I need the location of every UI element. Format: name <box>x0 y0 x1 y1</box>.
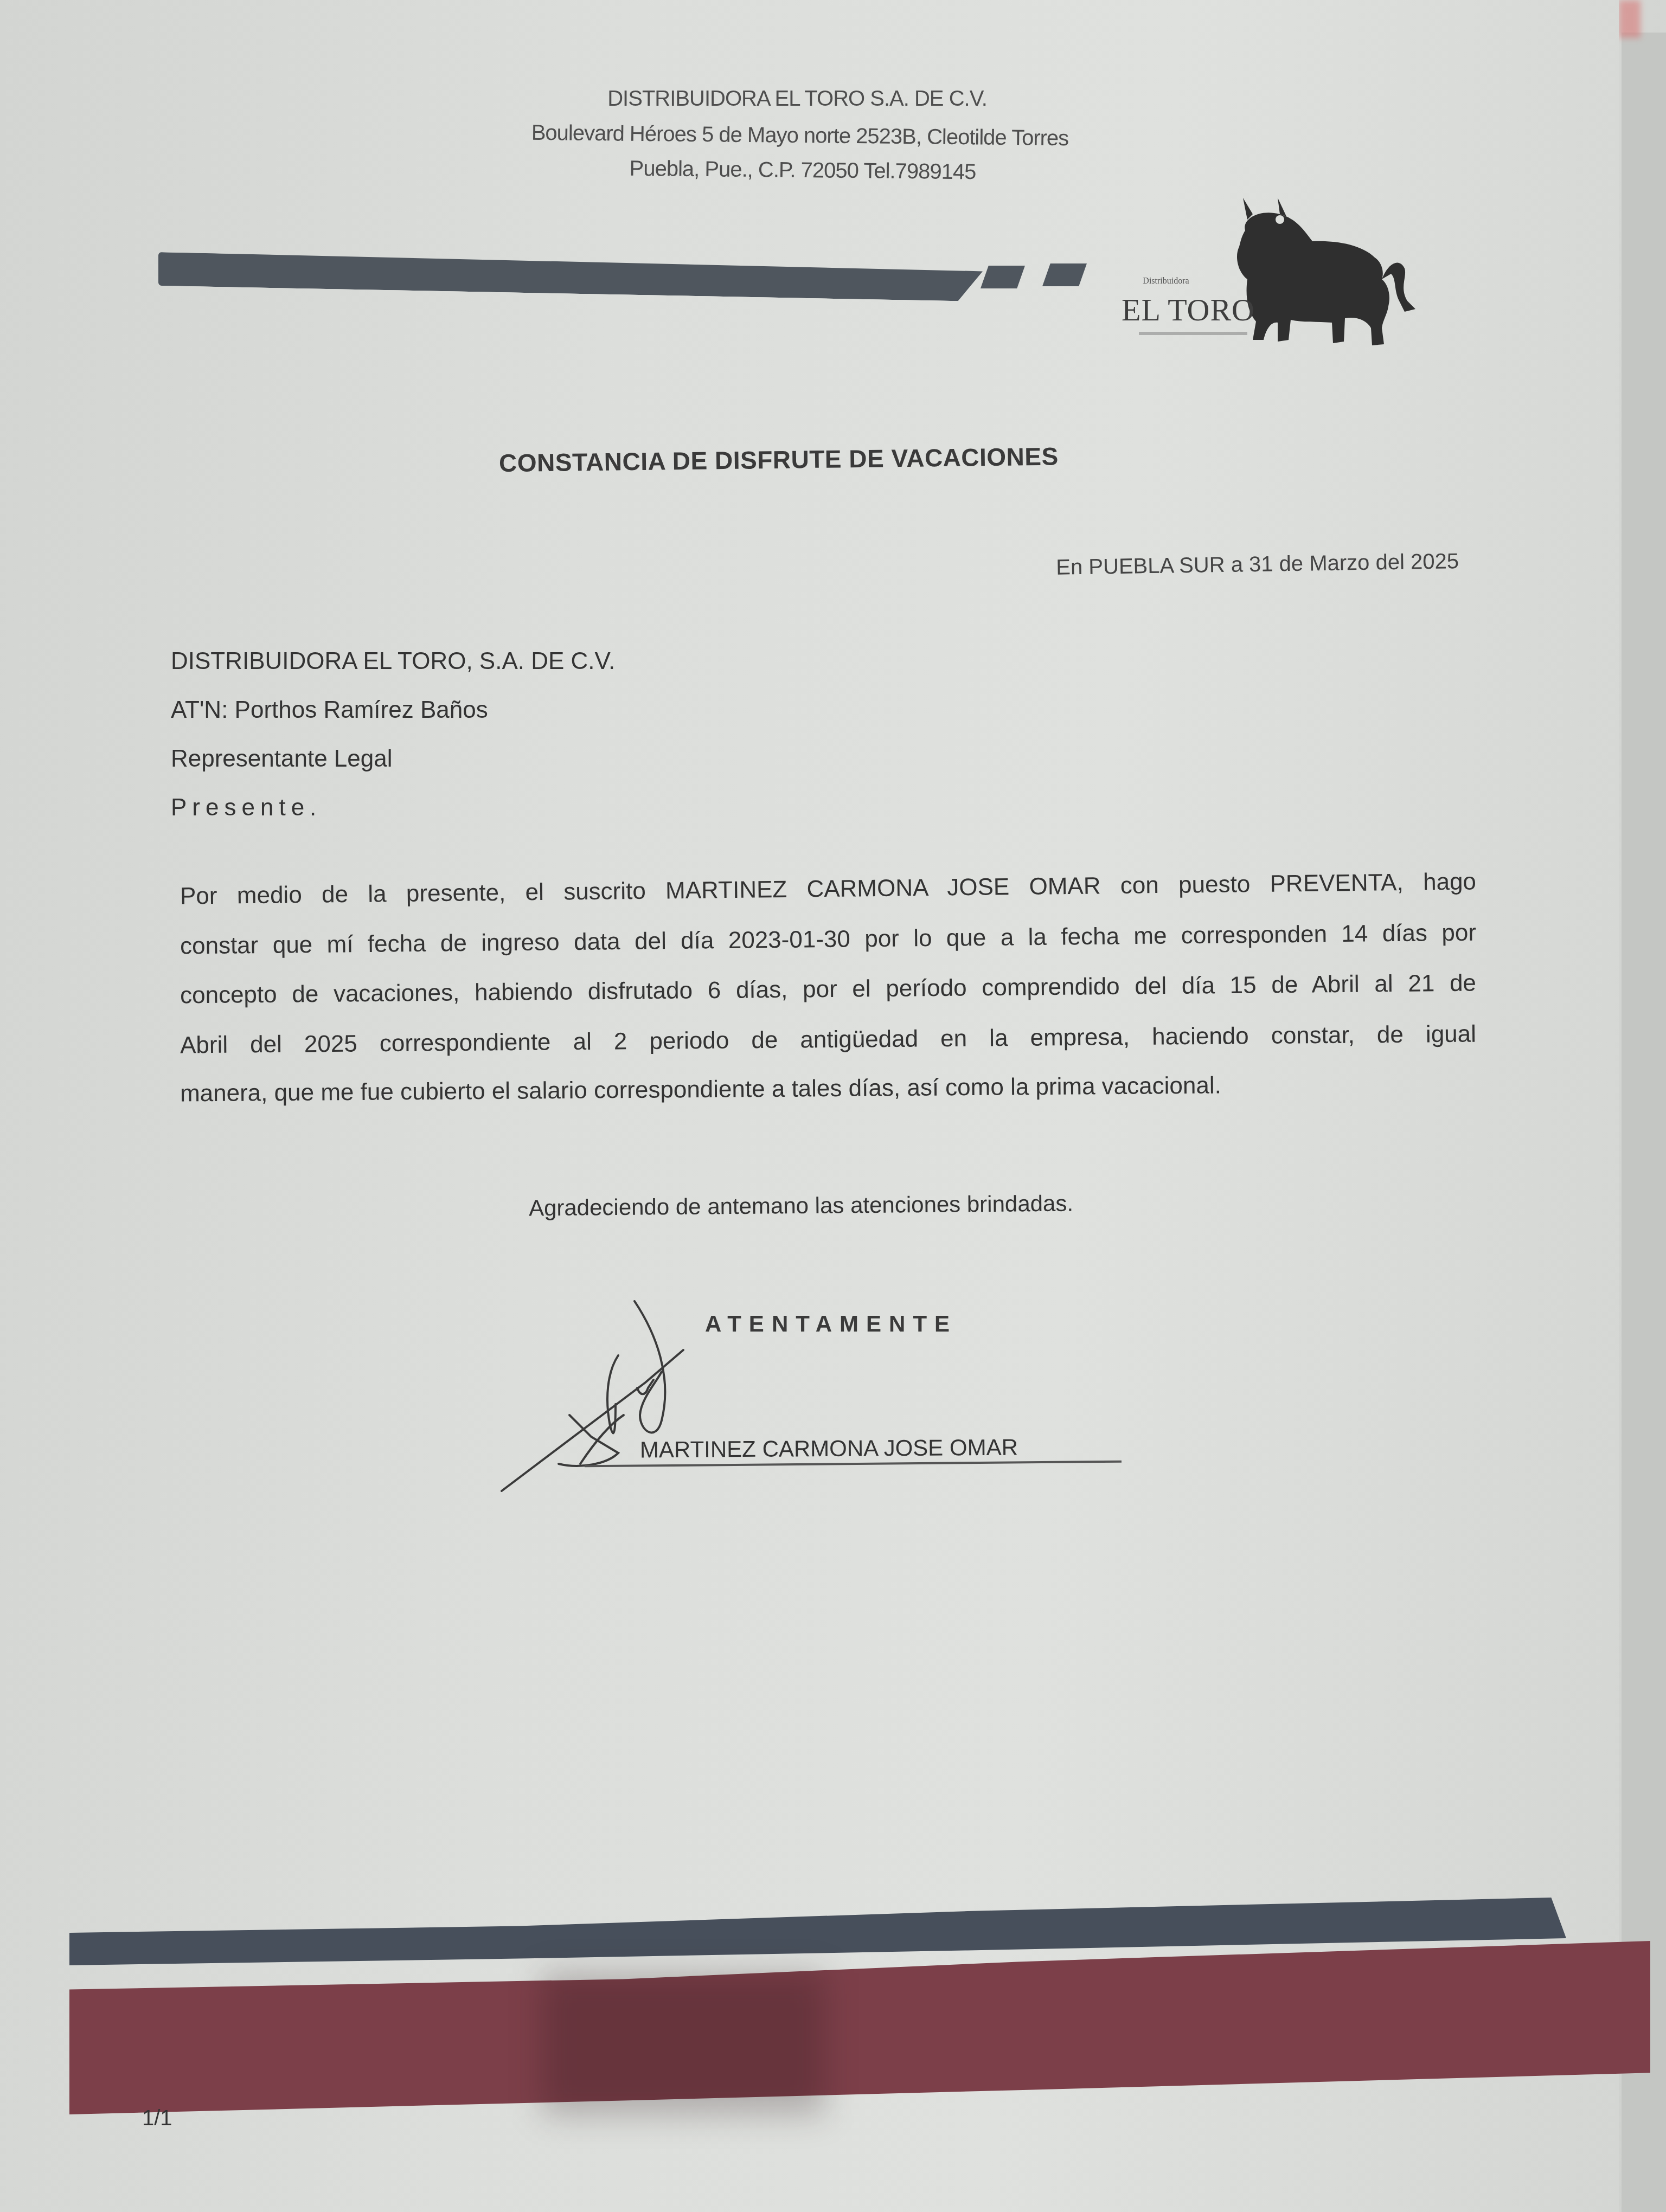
signer-name: MARTINEZ CARMONA JOSE OMAR <box>640 1435 1018 1463</box>
body-line: Abril del 2025 correspondiente al 2 peri… <box>180 1021 1476 1059</box>
underlying-sheet <box>1622 33 1666 2212</box>
page-number: 1/1 <box>142 2106 172 2131</box>
addressee-company: DISTRIBUIDORA EL TORO, S.A. DE C.V. <box>171 648 615 675</box>
header-bar-segment <box>981 266 1025 288</box>
body-line: manera, que me fue cubierto el salario c… <box>180 1072 1221 1107</box>
addressee-role: Representante Legal <box>171 745 393 773</box>
footer-red-bar <box>69 1941 1650 2114</box>
header-bar-segment <box>1042 263 1087 286</box>
background-object <box>1619 0 1641 38</box>
logo-tagline <box>1139 332 1247 335</box>
fold-shadow <box>542 1973 824 2114</box>
addressee-greeting: Presente. <box>171 794 322 821</box>
closing-text: Agradeciendo de antemano las atenciones … <box>529 1191 1073 1221</box>
logo-name: EL TORO <box>1122 292 1255 328</box>
letterhead-address: Boulevard Héroes 5 de Mayo norte 2523B, … <box>461 120 1139 151</box>
header-bar <box>158 252 983 301</box>
body-line: Por medio de la presente, el suscrito MA… <box>180 868 1476 910</box>
addressee-attention: AT'N: Porthos Ramírez Baños <box>171 697 488 724</box>
document-title: CONSTANCIA DE DISFRUTE DE VACACIONES <box>499 441 1129 478</box>
sign-off: ATENTAMENTE <box>705 1311 957 1337</box>
logo-small-text: Distribuidora <box>1133 276 1199 286</box>
body-line: concepto de vacaciones, habiendo disfrut… <box>180 970 1476 1009</box>
place-date: En PUEBLA SUR a 31 de Marzo del 2025 <box>982 549 1459 581</box>
document-page: DISTRIBUIDORA EL TORO S.A. DE C.V. Boule… <box>0 0 1619 2212</box>
letterhead-city: Puebla, Pue., C.P. 72050 Tel.7989145 <box>569 156 1036 185</box>
letterhead-company: DISTRIBUIDORA EL TORO S.A. DE C.V. <box>553 87 1041 111</box>
body-line: constar que mí fecha de ingreso data del… <box>180 919 1476 960</box>
